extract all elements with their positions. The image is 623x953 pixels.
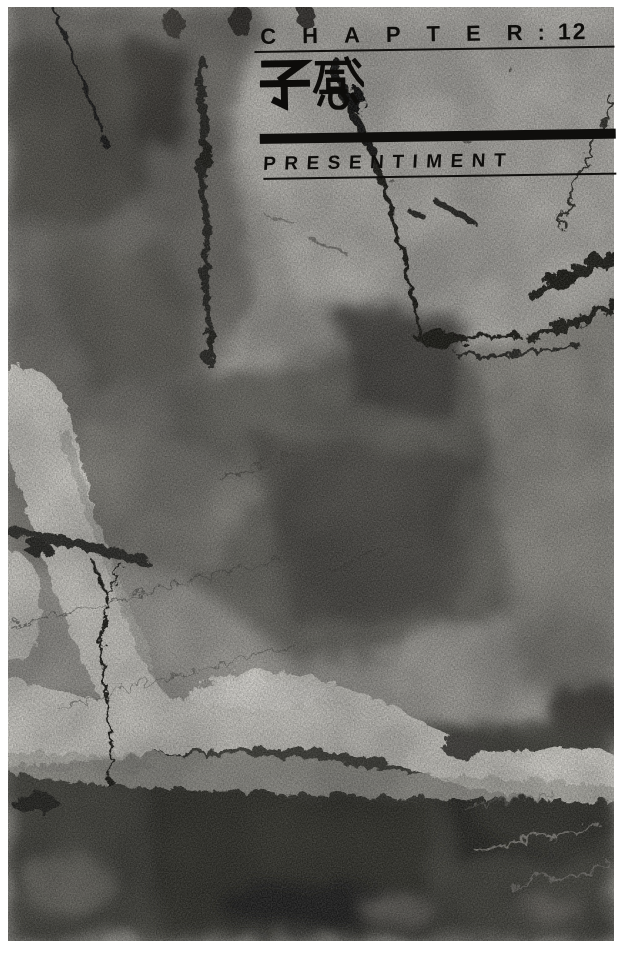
english-title: PRESENTIMENT — [263, 150, 515, 176]
kanji-yo-glyph — [262, 63, 307, 105]
chapter-title-block: CHAPTER:12 — [253, 15, 616, 190]
chapter-word: CHAPTER — [260, 20, 549, 49]
chapter-separator: : — [537, 20, 545, 45]
japanese-title — [260, 55, 365, 111]
kanji-kan-glyph — [315, 59, 363, 109]
manga-title-page: CHAPTER:12 — [0, 0, 623, 953]
chapter-heading: CHAPTER:12 — [260, 18, 588, 50]
chapter-number: 12 — [558, 18, 588, 44]
divider-bar-thick — [260, 129, 616, 144]
